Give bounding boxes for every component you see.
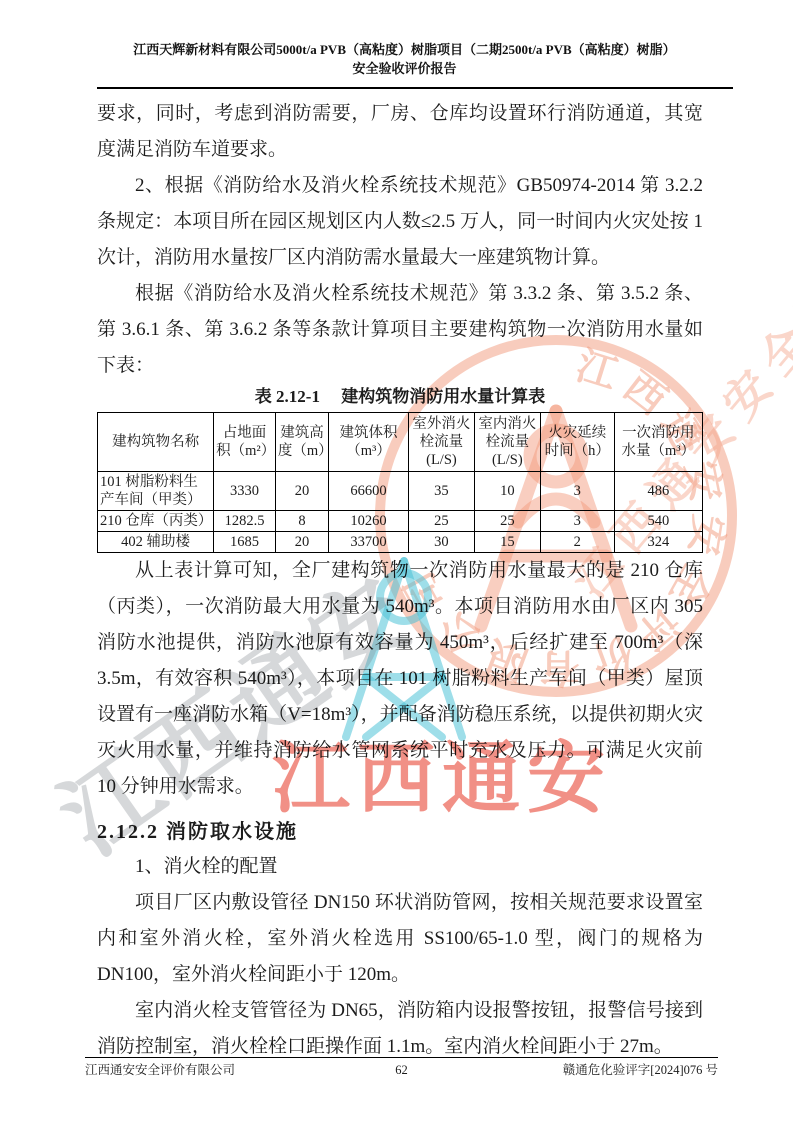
paragraph: 室内消火栓支管管径为 DN65，消防箱内设报警按钮，报警信号接到消防控制室，消火… [97,993,703,1065]
cell: 25 [474,511,540,532]
paragraph: 要求，同时，考虑到消防需要，厂房、仓库均设置环行消防通道，其宽度满足消防车道要求… [97,96,703,168]
header-rule [97,87,733,89]
cell: 30 [408,532,474,553]
cell: 25 [408,511,474,532]
cell: 35 [408,472,474,511]
paragraph: 根据《消防给水及消火栓系统技术规范》第 3.3.2 条、第 3.5.2 条、第 … [97,276,703,384]
cell: 10 [474,472,540,511]
cell: 15 [474,532,540,553]
page-footer: 62 江西通安安全评价有限公司 赣通危化验评字[2024]076 号 [85,1057,718,1080]
header-report-title: 安全验收评价报告 [97,59,712,78]
cell: 540 [614,511,702,532]
table-row: 402 辅助楼 1685 20 33700 30 15 2 324 [98,532,703,553]
cell: 486 [614,472,702,511]
col-header: 建构筑物名称 [98,413,214,472]
subsection-title: 1、消火栓的配置 [97,849,703,885]
cell: 33700 [329,532,409,553]
paragraph: 2、根据《消防给水及消火栓系统技术规范》GB50974-2014 第 3.2.2… [97,168,703,276]
paragraph: 从上表计算可知，全厂建构筑物一次消防用水量最大的是 210 仓库（丙类），一次消… [97,553,703,805]
cell: 8 [275,511,328,532]
cell: 324 [614,532,702,553]
cell-building-name: 101 树脂粉料生产车间（甲类） [98,472,214,511]
col-header: 室内消火栓流量(L/S) [474,413,540,472]
document-page: 江西天辉新材料有限公司5000t/a PVB（高粘度）树脂项目（二期2500t/… [0,0,793,1122]
cell: 10260 [329,511,409,532]
cell-building-name: 402 辅助楼 [98,532,214,553]
cell: 66600 [329,472,409,511]
paragraph: 项目厂区内敷设管径 DN150 环状消防管网，按相关规范要求设置室内和室外消火栓… [97,885,703,993]
cell: 3 [540,472,614,511]
col-header: 占地面积（m²） [214,413,276,472]
fire-water-table: 建构筑物名称 占地面积（m²） 建筑高度（m） 建筑体积（m³） 室外消火栓流量… [97,412,703,553]
cell: 3330 [214,472,276,511]
col-header: 建筑高度（m） [275,413,328,472]
cell: 1685 [214,532,276,553]
page-header: 江西天辉新材料有限公司5000t/a PVB（高粘度）树脂项目（二期2500t/… [97,40,712,78]
col-header: 火灾延续时间（h） [540,413,614,472]
section-heading: 2.12.2 消防取水设施 [97,815,703,849]
table-caption: 表 2.12-1 建构筑物消防用水量计算表 [97,384,703,410]
header-project-title: 江西天辉新材料有限公司5000t/a PVB（高粘度）树脂项目（二期2500t/… [97,40,712,59]
col-header: 一次消防用水量（m³） [614,413,702,472]
cell: 1282.5 [214,511,276,532]
table-row: 210 仓库（丙类） 1282.5 8 10260 25 25 3 540 [98,511,703,532]
cell-building-name: 210 仓库（丙类） [98,511,214,532]
col-header: 室外消火栓流量(L/S) [408,413,474,472]
cell: 20 [275,532,328,553]
cell: 20 [275,472,328,511]
page-number: 62 [85,1060,718,1080]
table-row: 101 树脂粉料生产车间（甲类） 3330 20 66600 35 10 3 4… [98,472,703,511]
cell: 3 [540,511,614,532]
table-header-row: 建构筑物名称 占地面积（m²） 建筑高度（m） 建筑体积（m³） 室外消火栓流量… [98,413,703,472]
cell: 2 [540,532,614,553]
document-body: 要求，同时，考虑到消防需要，厂房、仓库均设置环行消防通道，其宽度满足消防车道要求… [97,96,703,1065]
col-header: 建筑体积（m³） [329,413,409,472]
